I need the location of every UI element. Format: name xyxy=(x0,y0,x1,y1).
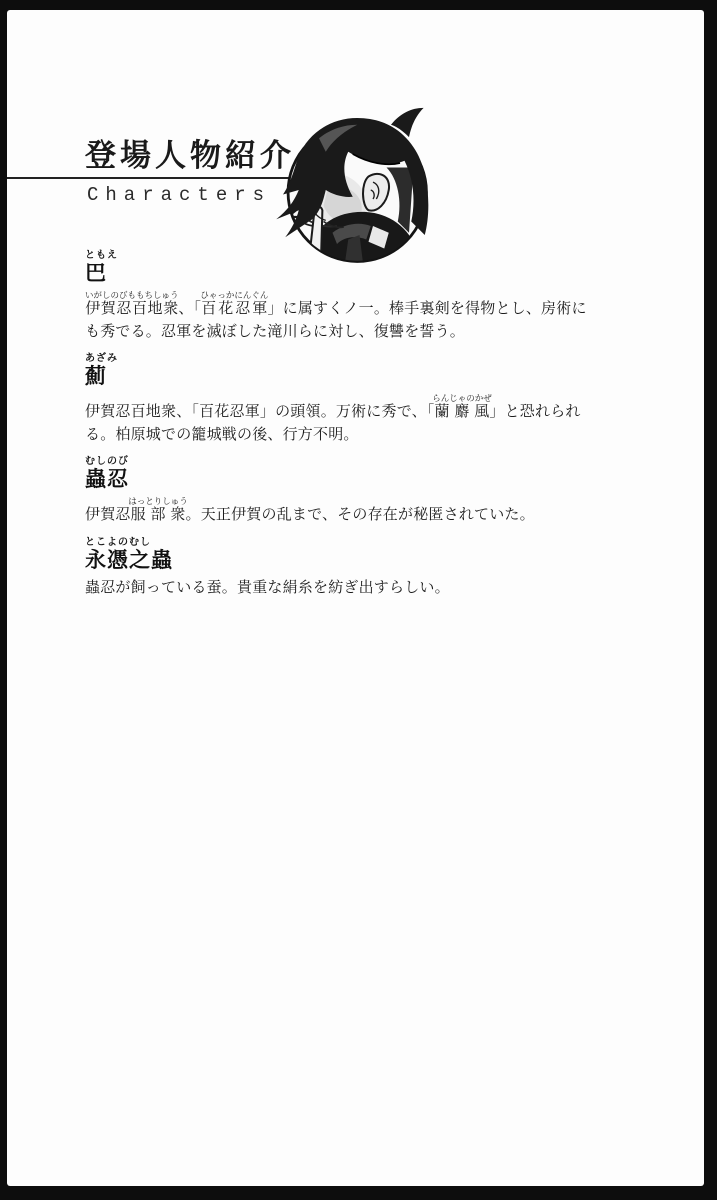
character-name: 巴 xyxy=(85,261,685,286)
character-name-furigana: とこよのむし xyxy=(85,537,685,548)
character-description: 伊賀忍服部衆はっとりしゅう。天正伊賀の乱まで、その存在が秘匿されていた。 xyxy=(85,496,685,527)
character-description: 伊賀忍百地衆、「百花忍軍」の頭領。万術に秀で、「蘭麝風らんじゃのかぜ」と恐れられ… xyxy=(85,393,685,446)
page-title: 登場人物紹介 xyxy=(85,136,295,176)
character-list: ともえ巴伊賀忍百地衆いがしのびももちしゅう、「百花忍軍ひゃっかにんぐん」に属すく… xyxy=(85,250,685,609)
character-entry: ともえ巴伊賀忍百地衆いがしのびももちしゅう、「百花忍軍ひゃっかにんぐん」に属すく… xyxy=(85,250,685,343)
character-description: 蟲忍が飼っている蚕。貴重な絹糸を紡ぎ出すらしい。 xyxy=(85,577,685,600)
character-name-furigana: あざみ xyxy=(85,353,685,364)
character-name: 永憑之蟲 xyxy=(85,548,685,573)
title-underline xyxy=(7,177,295,179)
page: 登場人物紹介 Characters xyxy=(7,10,704,1186)
character-name-furigana: ともえ xyxy=(85,250,685,261)
character-entry: あざみ薊伊賀忍百地衆、「百花忍軍」の頭領。万術に秀で、「蘭麝風らんじゃのかぜ」と… xyxy=(85,353,685,446)
character-entry: とこよのむし永憑之蟲蟲忍が飼っている蚕。貴重な絹糸を紡ぎ出すらしい。 xyxy=(85,537,685,600)
scanned-page-frame: 登場人物紹介 Characters xyxy=(0,0,717,1200)
character-description: 伊賀忍百地衆いがしのびももちしゅう、「百花忍軍ひゃっかにんぐん」に属すくノ一。棒… xyxy=(85,290,685,343)
character-entry: むしのび蟲忍伊賀忍服部衆はっとりしゅう。天正伊賀の乱まで、その存在が秘匿されてい… xyxy=(85,456,685,527)
character-name: 蟲忍 xyxy=(85,467,685,492)
character-name: 薊 xyxy=(85,364,685,389)
page-subtitle: Characters xyxy=(87,182,271,208)
character-name-furigana: むしのび xyxy=(85,456,685,467)
